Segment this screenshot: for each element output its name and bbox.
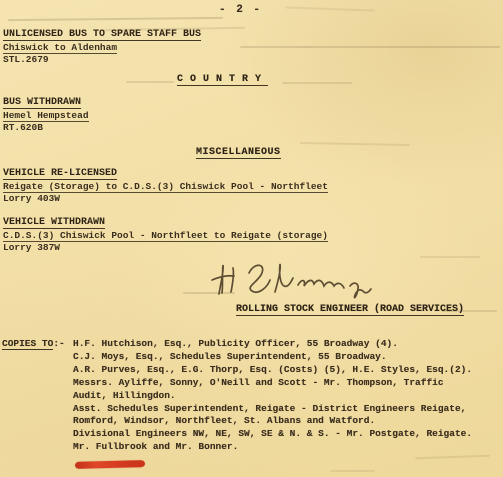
entry-vehicle-relicensed: VEHICLE RE-LICENSED Reigate (Storage) to… bbox=[3, 168, 328, 206]
entry-route: Reigate (Storage) to C.D.S.(3) Chiswick … bbox=[3, 181, 328, 193]
copies-line: H.F. Hutchison, Esq., Publicity Officer,… bbox=[73, 338, 472, 351]
copies-to-label-text: COPIES TO bbox=[2, 338, 53, 350]
document-page: - 2 - UNLICENSED BUS TO SPARE STAFF BUS … bbox=[0, 0, 503, 477]
entry-vehicle: RT.620B bbox=[3, 122, 89, 135]
smudge-artifact bbox=[126, 81, 174, 83]
copies-line: Asst. Schedules Superintendent, Reigate … bbox=[73, 403, 472, 416]
copies-line: Mr. Fullbrook and Mr. Bonner. bbox=[73, 441, 472, 454]
copies-line: Messrs. Ayliffe, Sonny, O'Neill and Scot… bbox=[73, 377, 472, 390]
smudge-artifact bbox=[330, 470, 375, 472]
entry-vehicle-withdrawn: VEHICLE WITHDRAWN C.D.S.(3) Chiswick Poo… bbox=[3, 217, 328, 255]
smudge-artifact bbox=[415, 455, 490, 459]
copies-list: H.F. Hutchison, Esq., Publicity Officer,… bbox=[73, 338, 472, 454]
smudge-artifact bbox=[240, 46, 500, 48]
smudge-artifact bbox=[285, 6, 375, 11]
entry-unlicensed-bus: UNLICENSED BUS TO SPARE STAFF BUS Chiswi… bbox=[3, 29, 201, 67]
entry-heading: UNLICENSED BUS TO SPARE STAFF BUS bbox=[3, 29, 201, 41]
smudge-artifact bbox=[420, 256, 480, 258]
entry-vehicle: Lorry 387W bbox=[3, 242, 328, 255]
entry-heading: BUS WITHDRAWN bbox=[3, 97, 81, 109]
copies-line: Audit, Hillingdon. bbox=[73, 390, 472, 403]
entry-vehicle: STL.2679 bbox=[3, 54, 201, 67]
entry-route: C.D.S.(3) Chiswick Pool - Northfleet to … bbox=[3, 230, 328, 242]
signature-handwriting-icon bbox=[205, 258, 405, 308]
country-heading: COUNTRY bbox=[177, 74, 268, 86]
copies-to-label: COPIES TO:- bbox=[2, 338, 65, 350]
entry-heading: VEHICLE WITHDRAWN bbox=[3, 217, 105, 229]
entry-route: Hemel Hempstead bbox=[3, 110, 89, 122]
copies-line: A.R. Purves, Esq., E.G. Thorp, Esq. (Cos… bbox=[73, 364, 472, 377]
copies-line: Divisional Engineers NW, NE, SW, SE & N.… bbox=[73, 428, 472, 441]
page-number: - 2 - bbox=[219, 4, 262, 16]
entry-route: Chiswick to Aldenham bbox=[3, 42, 117, 54]
entry-bus-withdrawn: BUS WITHDRAWN Hemel Hempstead RT.620B bbox=[3, 97, 89, 135]
miscellaneous-heading: MISCELLANEOUS bbox=[196, 147, 281, 159]
copies-line: C.J. Moys, Esq., Schedules Superintenden… bbox=[73, 351, 472, 364]
entry-heading: VEHICLE RE-LICENSED bbox=[3, 168, 117, 180]
red-marker-stroke bbox=[75, 460, 145, 469]
signature-title: ROLLING STOCK ENGINEER (ROAD SERVICES) bbox=[236, 304, 464, 316]
copies-to-separator: :- bbox=[53, 338, 64, 349]
smudge-artifact bbox=[282, 82, 352, 84]
entry-vehicle: Lorry 403W bbox=[3, 193, 328, 206]
smudge-artifact bbox=[300, 142, 410, 145]
smudge-artifact bbox=[8, 17, 223, 21]
copies-line: Romford, Windsor, Northfleet, St. Albans… bbox=[73, 415, 472, 428]
